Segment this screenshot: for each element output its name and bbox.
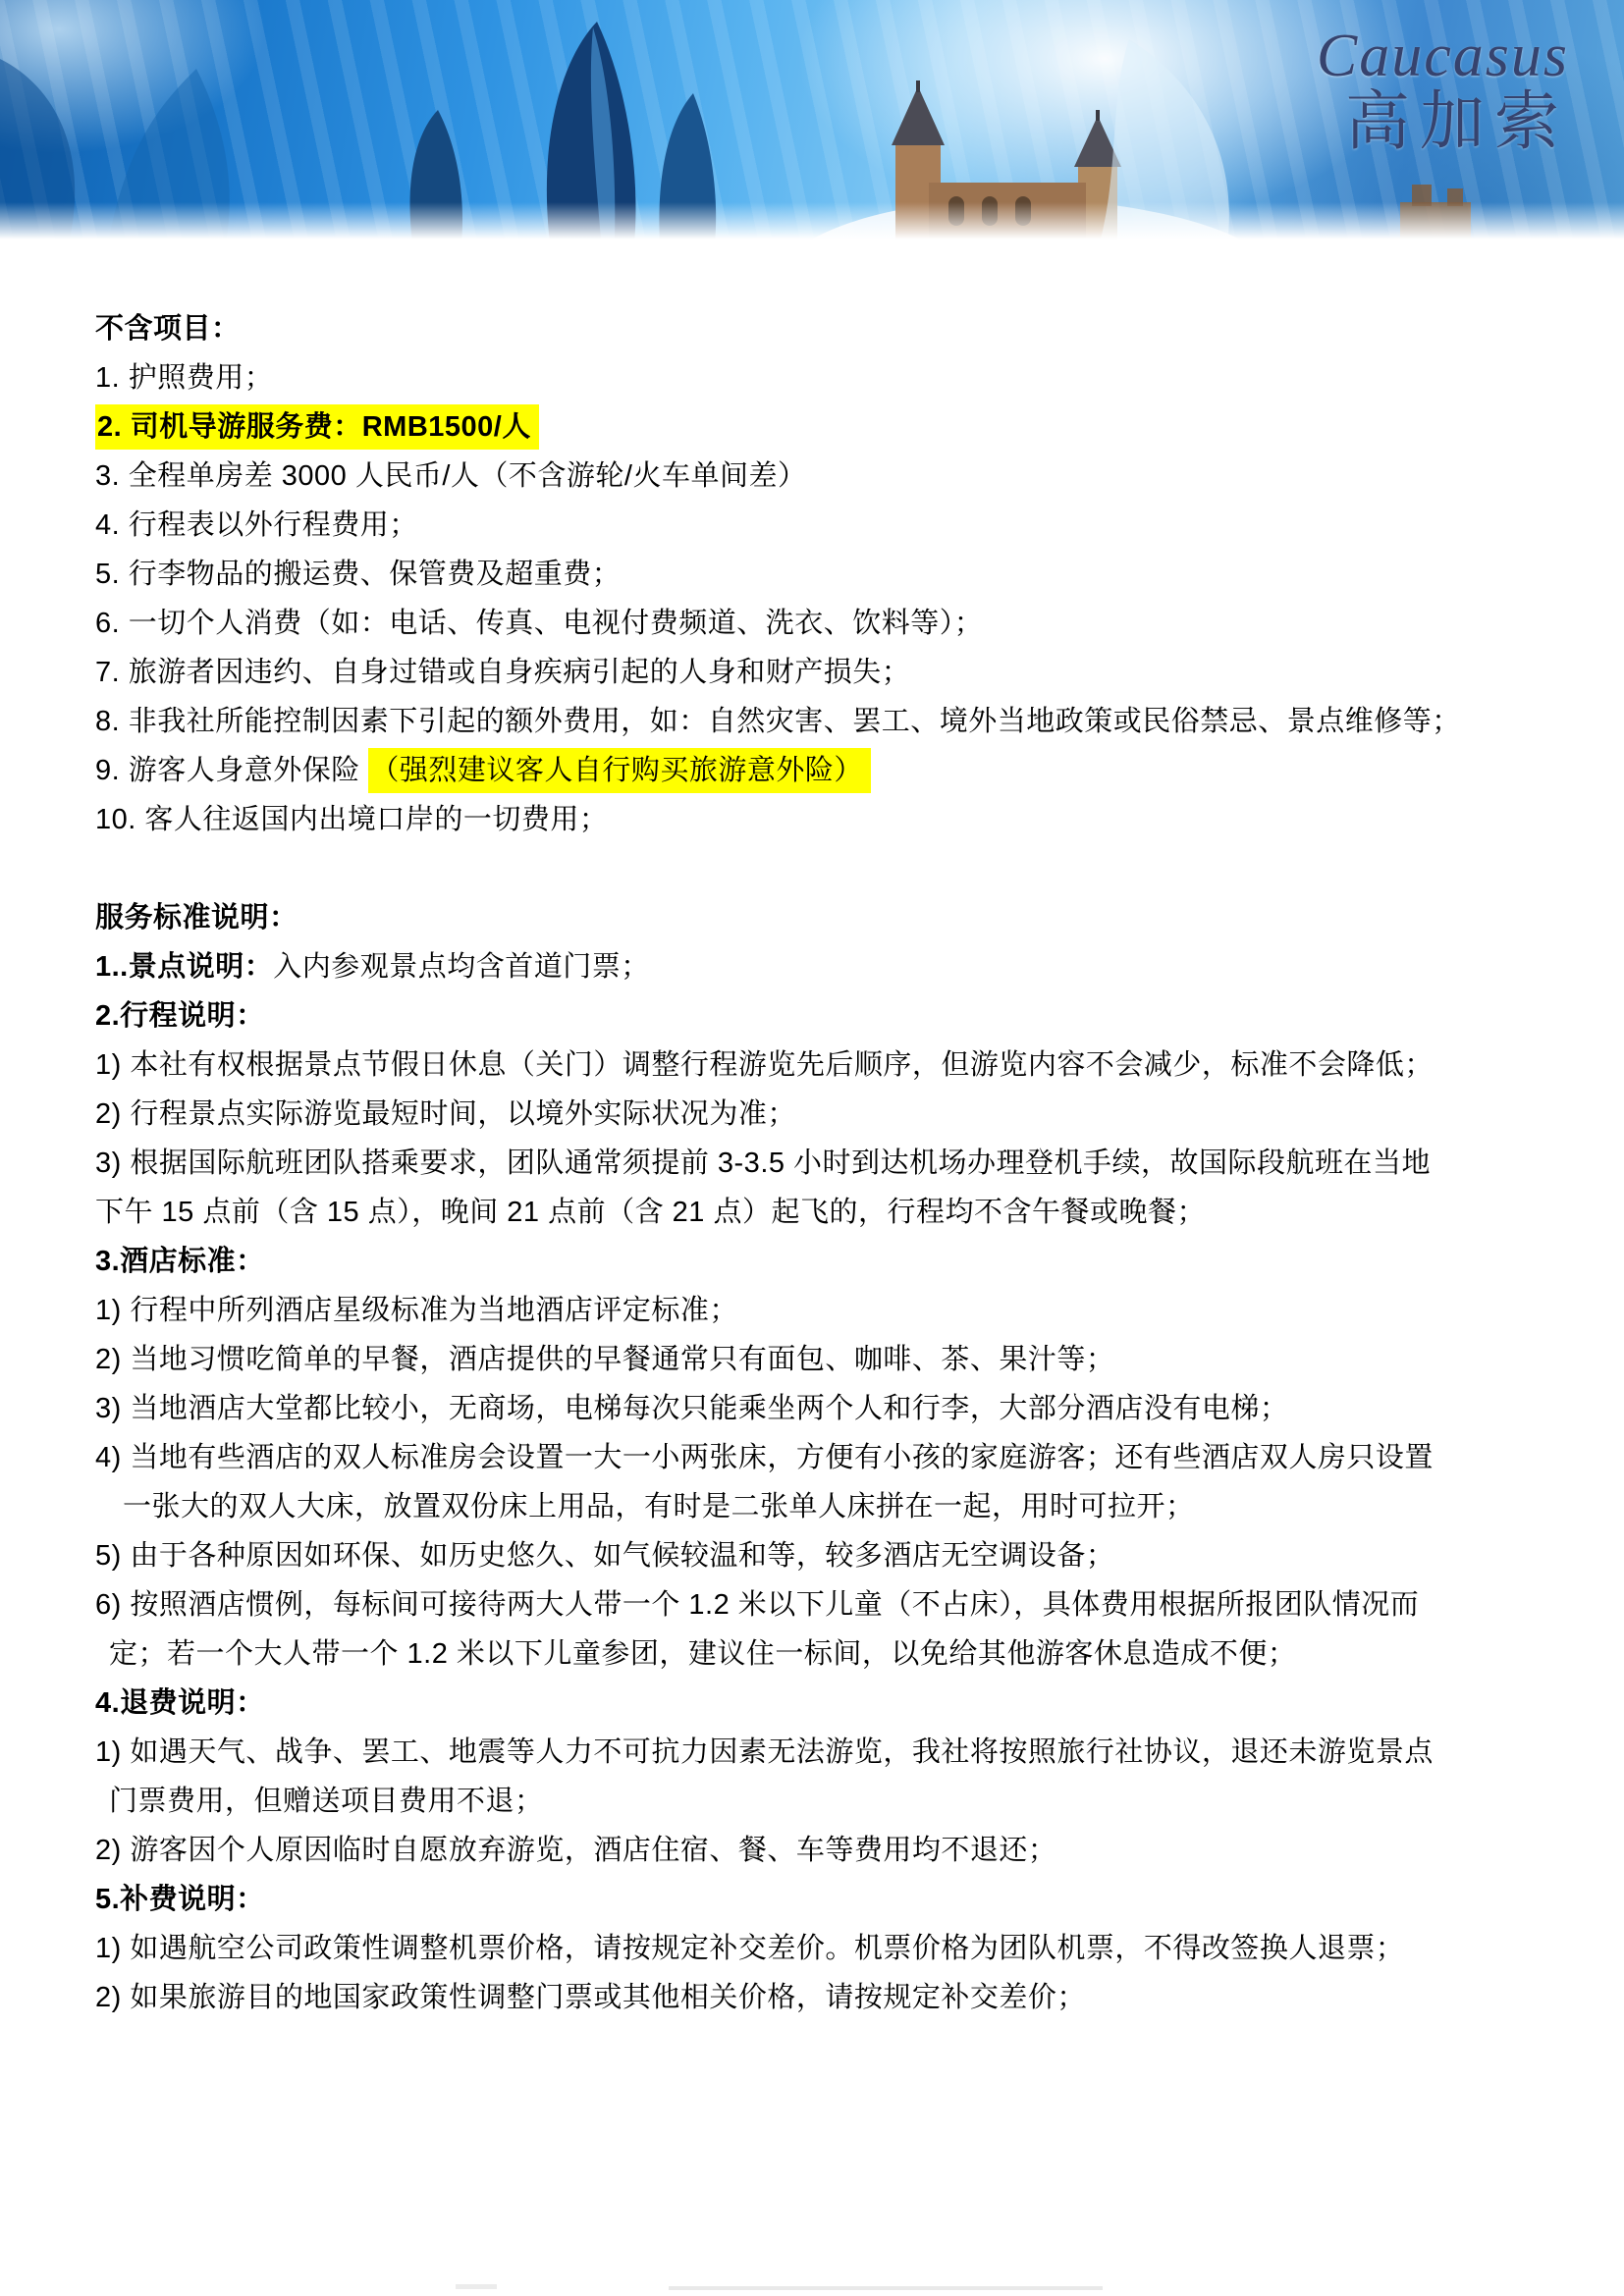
not-included-item-4: 4. 行程表以外行程费用； <box>95 501 1531 550</box>
page-bottom-artifact <box>456 2284 497 2289</box>
hotel-line-2: 2) 当地习惯吃简单的早餐，酒店提供的早餐通常只有面包、咖啡、茶、果汁等； <box>95 1335 1531 1384</box>
hotel-line-4-cont: 一张大的双人大床，放置双份床上用品，有时是二张单人床拼在一起，用时可拉开； <box>95 1482 1531 1531</box>
surcharge-line-2: 2) 如果旅游目的地国家政策性调整门票或其他相关价格，请按规定补交差价； <box>95 1973 1531 2022</box>
hotel-line-5: 5) 由于各种原因如环保、如历史悠久、如气候较温和等，较多酒店无空调设备； <box>95 1531 1531 1580</box>
hotel-line-6: 6) 按照酒店惯例，每标间可接待两大人带一个 1.2 米以下儿童（不占床），具体… <box>95 1580 1531 1629</box>
itinerary-line-2: 2) 行程景点实际游览最短时间，以境外实际状况为准； <box>95 1090 1531 1139</box>
church-spire-icon <box>892 86 945 145</box>
not-included-item-2: 2. 司机导游服务费：RMB1500/人 <box>95 402 1531 452</box>
refund-line-1-cont: 门票费用，但赠送项目费用不退； <box>95 1777 1531 1826</box>
church-cross-icon <box>1096 110 1100 121</box>
brand-title-zh: 高加索 <box>1317 90 1569 155</box>
scenic-note-label: 1..景点说明： <box>95 951 273 983</box>
brand-block: Caucasus 高加索 <box>1317 26 1569 155</box>
hotel-line-1: 1) 行程中所列酒店星级标准为当地酒店评定标准； <box>95 1286 1531 1335</box>
itinerary-line-1: 1) 本社有权根据景点节假日休息（关门）调整行程游览先后顺序，但游览内容不会减少… <box>95 1041 1531 1090</box>
highlighted-insurance-advice: （强烈建议客人自行购买旅游意外险） <box>368 748 871 793</box>
surcharge-line-1: 1) 如遇航空公司政策性调整机票价格，请按规定补交差价。机票价格为团队机票，不得… <box>95 1924 1531 1973</box>
church-cross-icon <box>916 80 920 92</box>
service-standards-heading: 服务标准说明： <box>95 893 1531 942</box>
refund-line-2: 2) 游客因个人原因临时自愿放弃游览，酒店住宿、餐、车等费用均不退还； <box>95 1826 1531 1875</box>
insurance-text: 9. 游客人身意外保险 <box>95 755 368 786</box>
not-included-item-9: 9. 游客人身意外保险 （强烈建议客人自行购买旅游意外险） <box>95 746 1531 795</box>
not-included-item-3: 3. 全程单房差 3000 人民币/人（不含游轮/火车单间差） <box>95 452 1531 501</box>
itinerary-line-3: 3) 根据国际航班团队搭乘要求，团队通常须提前 3-3.5 小时到达机场办理登机… <box>95 1139 1531 1188</box>
page: Caucasus 高加索 不含项目： 1. 护照费用； 2. 司机导游服务费：R… <box>0 0 1624 2296</box>
hotel-line-6-cont: 定；若一个大人带一个 1.2 米以下儿童参团，建议住一标间，以免给其他游客休息造… <box>95 1629 1531 1679</box>
banner-bottom-fade <box>0 202 1624 243</box>
header-banner: Caucasus 高加索 <box>0 0 1624 243</box>
not-included-item-1: 1. 护照费用； <box>95 353 1531 402</box>
scenic-note-line: 1..景点说明：入内参观景点均含首道门票； <box>95 942 1531 991</box>
not-included-heading: 不含项目： <box>95 304 1531 353</box>
itinerary-line-3-cont: 下午 15 点前（含 15 点），晚间 21 点前（含 21 点）起飞的，行程均… <box>95 1188 1531 1237</box>
not-included-item-6: 6. 一切个人消费（如：电话、传真、电视付费频道、洗衣、饮料等）； <box>95 599 1531 648</box>
surcharge-heading: 5.补费说明： <box>95 1875 1531 1924</box>
not-included-item-7: 7. 旅游者因违约、自身过错或自身疾病引起的人身和财产损失； <box>95 648 1531 697</box>
highlighted-fee-text: 2. 司机导游服务费：RMB1500/人 <box>95 404 539 450</box>
hotel-line-4: 4) 当地有些酒店的双人标准房会设置一大一小两张床，方便有小孩的家庭游客；还有些… <box>95 1433 1531 1482</box>
hotel-standard-heading: 3.酒店标准： <box>95 1237 1531 1286</box>
brand-title-en: Caucasus <box>1317 26 1569 86</box>
document-content: 不含项目： 1. 护照费用； 2. 司机导游服务费：RMB1500/人 3. 全… <box>95 304 1531 2022</box>
not-included-item-5: 5. 行李物品的搬运费、保管费及超重费； <box>95 550 1531 599</box>
not-included-item-10: 10. 客人往返国内出境口岸的一切费用； <box>95 795 1531 844</box>
itinerary-heading: 2.行程说明： <box>95 991 1531 1041</box>
page-bottom-artifact <box>669 2286 1103 2290</box>
not-included-item-8: 8. 非我社所能控制因素下引起的额外费用，如：自然灾害、罢工、境外当地政策或民俗… <box>95 697 1531 746</box>
refund-heading: 4.退费说明： <box>95 1679 1531 1728</box>
refund-line-1: 1) 如遇天气、战争、罢工、地震等人力不可抗力因素无法游览，我社将按照旅行社协议… <box>95 1728 1531 1777</box>
hotel-line-3: 3) 当地酒店大堂都比较小，无商场，电梯每次只能乘坐两个人和行李，大部分酒店没有… <box>95 1384 1531 1433</box>
scenic-note-text: 入内参观景点均含首道门票； <box>273 951 650 983</box>
